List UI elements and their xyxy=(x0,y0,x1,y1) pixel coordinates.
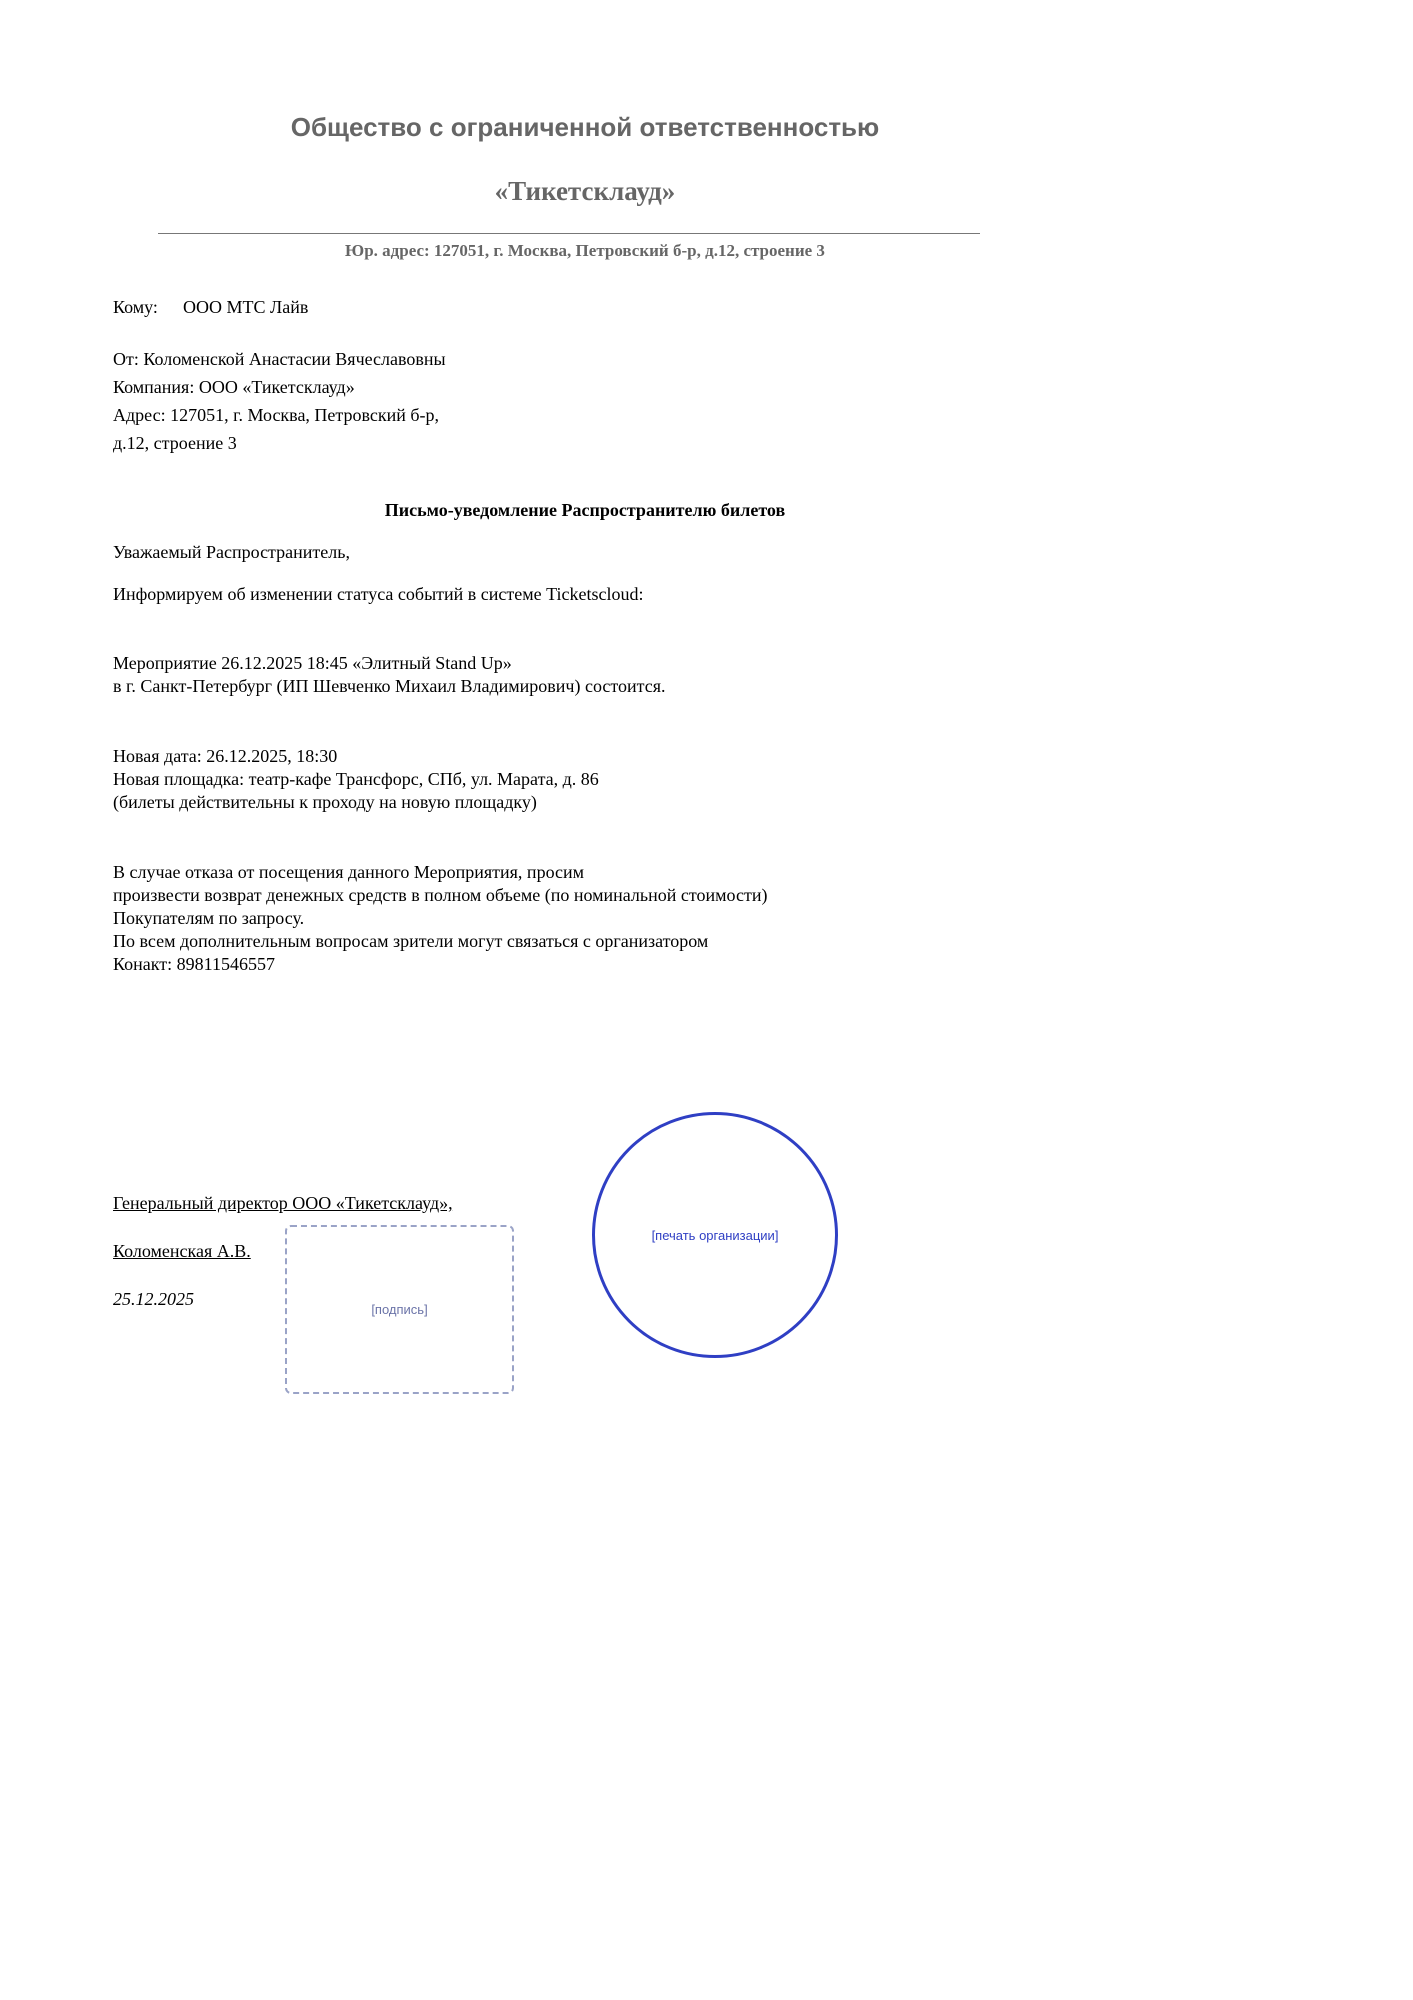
greeting: Уважаемый Распространитель, xyxy=(113,541,350,564)
sender-address-line2: д.12, строение 3 xyxy=(113,432,237,455)
refund-line3: Покупателям по запросу. xyxy=(113,907,304,930)
signatory-name: Коломенская А.В. xyxy=(113,1240,251,1263)
refund-line1: В случае отказа от посещения данного Мер… xyxy=(113,861,584,884)
signature-placeholder: [подпись] xyxy=(285,1225,514,1394)
sender-company: Компания: ООО «Тикетсклауд» xyxy=(113,376,355,399)
new-date: Новая дата: 26.12.2025, 18:30 xyxy=(113,745,337,768)
letterhead-legal-address: Юр. адрес: 127051, г. Москва, Петровский… xyxy=(0,241,1170,261)
sender-from: От: Коломенской Анастасии Вячеславовны xyxy=(113,348,446,371)
intro-text: Информируем об изменении статуса событий… xyxy=(113,583,643,606)
letter-subject: Письмо-уведомление Распространителю биле… xyxy=(0,500,1170,521)
event-line2: в г. Санкт-Петербург (ИП Шевченко Михаил… xyxy=(113,675,666,698)
letterhead-divider xyxy=(158,233,980,234)
signature-date: 25.12.2025 xyxy=(113,1288,194,1311)
new-venue: Новая площадка: театр-кафе Трансфорс, СП… xyxy=(113,768,599,791)
refund-line2: произвести возврат денежных средств в по… xyxy=(113,884,767,907)
sender-address-line1: Адрес: 127051, г. Москва, Петровский б-р… xyxy=(113,404,439,427)
contact-intro: По всем дополнительным вопросам зрители … xyxy=(113,930,708,953)
venue-note: (билеты действительны к проходу на новую… xyxy=(113,791,537,814)
recipient-line: Кому:ООО МТС Лайв xyxy=(113,296,308,319)
event-line1: Мероприятие 26.12.2025 18:45 «Элитный St… xyxy=(113,652,512,675)
recipient-label: Кому: xyxy=(113,296,183,319)
company-seal-placeholder: [печать организации] xyxy=(592,1112,838,1358)
letterhead-title: Общество с ограниченной ответственностью xyxy=(0,112,1170,143)
recipient-value: ООО МТС Лайв xyxy=(183,297,308,317)
contact-phone: Конакт: 89811546557 xyxy=(113,953,275,976)
signatory-position: Генеральный директор ООО «Тикетсклауд», xyxy=(113,1192,453,1215)
letterhead-company-name: «Тикетсклауд» xyxy=(0,176,1170,207)
